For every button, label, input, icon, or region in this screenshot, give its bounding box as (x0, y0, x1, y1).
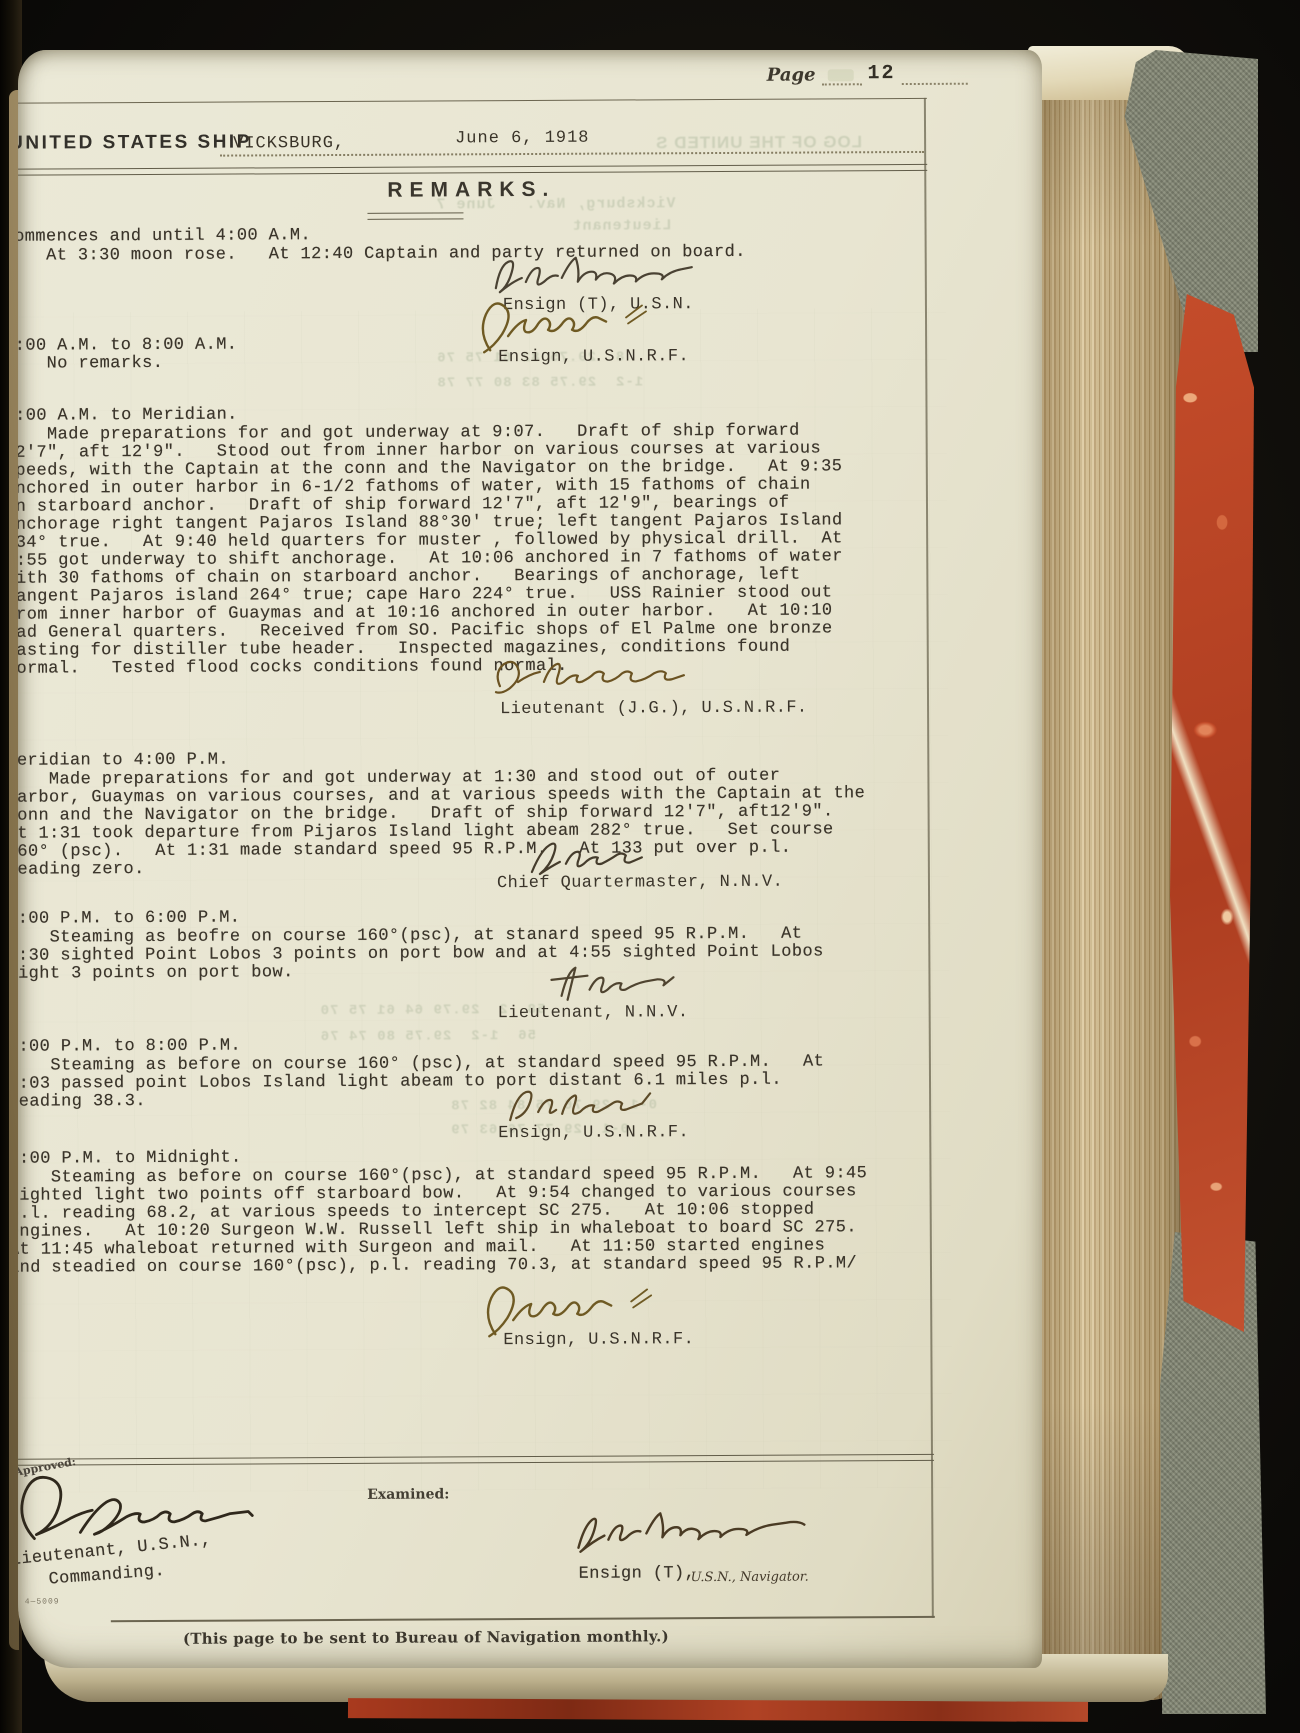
form-border-right (924, 98, 934, 1618)
ship-name: VICKSBURG, (233, 134, 345, 154)
form-rule-top (18, 98, 927, 104)
log-page: LOG OF THE UNITED S Vicksburg, Nav. June… (18, 50, 1042, 1668)
signature-blomquist (486, 247, 700, 300)
signature-lieutenant-nnv (539, 955, 689, 1002)
watch-section-header: Commences and until 4:00 A.M. (18, 227, 311, 247)
form-rule-double (18, 164, 927, 176)
remarks-title: REMARKS. (18, 176, 927, 205)
watch-section-header: 8:00 P.M. to Midnight. (18, 1150, 242, 1169)
footer-rule (18, 1454, 934, 1466)
watch-section-body: Steaming as beofre on course 160°(psc), … (18, 925, 824, 983)
dotted-fill (901, 63, 967, 85)
watch-section-header: 4:00 P.M. to 6:00 P.M. (18, 910, 240, 929)
dotted-fill (821, 63, 861, 85)
watch-section-body: Steaming as before on course 160°(psc), … (18, 1165, 868, 1277)
signature-title: Lieutenant, N.N.V. (498, 1003, 689, 1023)
signature-edwards (488, 647, 698, 698)
signature-title: Lieutenant (J.G.), U.S.N.R.F. (500, 699, 808, 720)
signature-title: Ensign, U.S.N.R.F. (498, 347, 689, 367)
cover-red-marbled (1170, 294, 1254, 1332)
watch-section-body: Made preparations for and got underway a… (18, 767, 866, 879)
signature-title: Chief Quartermaster, N.N.V. (497, 873, 783, 893)
bleedthrough-text: 1-2 29.75 83 80 77 78 (436, 374, 643, 391)
logbook-photo: LOG OF THE UNITED S Vicksburg, Nav. June… (0, 0, 1300, 1733)
approved-title-2: Commanding. (48, 1563, 166, 1590)
signature-title: Ensign, U.S.N.R.F. (498, 1123, 689, 1143)
watch-section-header: 4:00 A.M. to 8:00 A.M. (18, 337, 237, 356)
signature-blomquist-examined (562, 1498, 834, 1569)
watch-section-header: 8:00 A.M. to Meridian. (18, 407, 238, 426)
page-number: 12 (867, 62, 895, 85)
ship-label: UNITED STATES SHIP (18, 131, 252, 154)
page-label: Page (767, 64, 816, 85)
signature-paul (500, 1075, 680, 1122)
signature-title: Ensign, U.S.N.R.F. (503, 1330, 694, 1350)
log-date: June 6, 1918 (455, 129, 590, 149)
cover-bottom-red-edge (348, 1698, 1088, 1722)
watch-section-body: Steaming as before on course 160° (psc),… (18, 1053, 824, 1111)
examined-label: Examined: (367, 1486, 449, 1502)
remarks-underline (367, 212, 463, 220)
bureau-note: (This page to be sent to Bureau of Navig… (183, 1627, 669, 1648)
watch-section-body: No remarks. (18, 355, 163, 374)
signature-ensign-usnrf (474, 295, 674, 354)
examined-rank: Ensign (T), (579, 1565, 696, 1584)
form-number: 4—5009 (25, 1597, 60, 1606)
bleedthrough-text: 56 1-2 29.75 80 74 76 (320, 1028, 536, 1045)
page-number-row: Page 12 (767, 62, 968, 86)
footer-bottom-rule (111, 1616, 935, 1622)
watch-section-header: Meridian to 4:00 P.M. (18, 752, 229, 771)
watch-section-header: 6:00 P.M. to 8:00 P.M. (18, 1038, 241, 1057)
watch-section-body: Made preparations for and got underway a… (18, 422, 843, 678)
signature-eriksen (514, 829, 674, 876)
bleedthrough-text: Lieutenant (571, 217, 671, 235)
examined-role: U.S.N., Navigator. (691, 1570, 809, 1586)
